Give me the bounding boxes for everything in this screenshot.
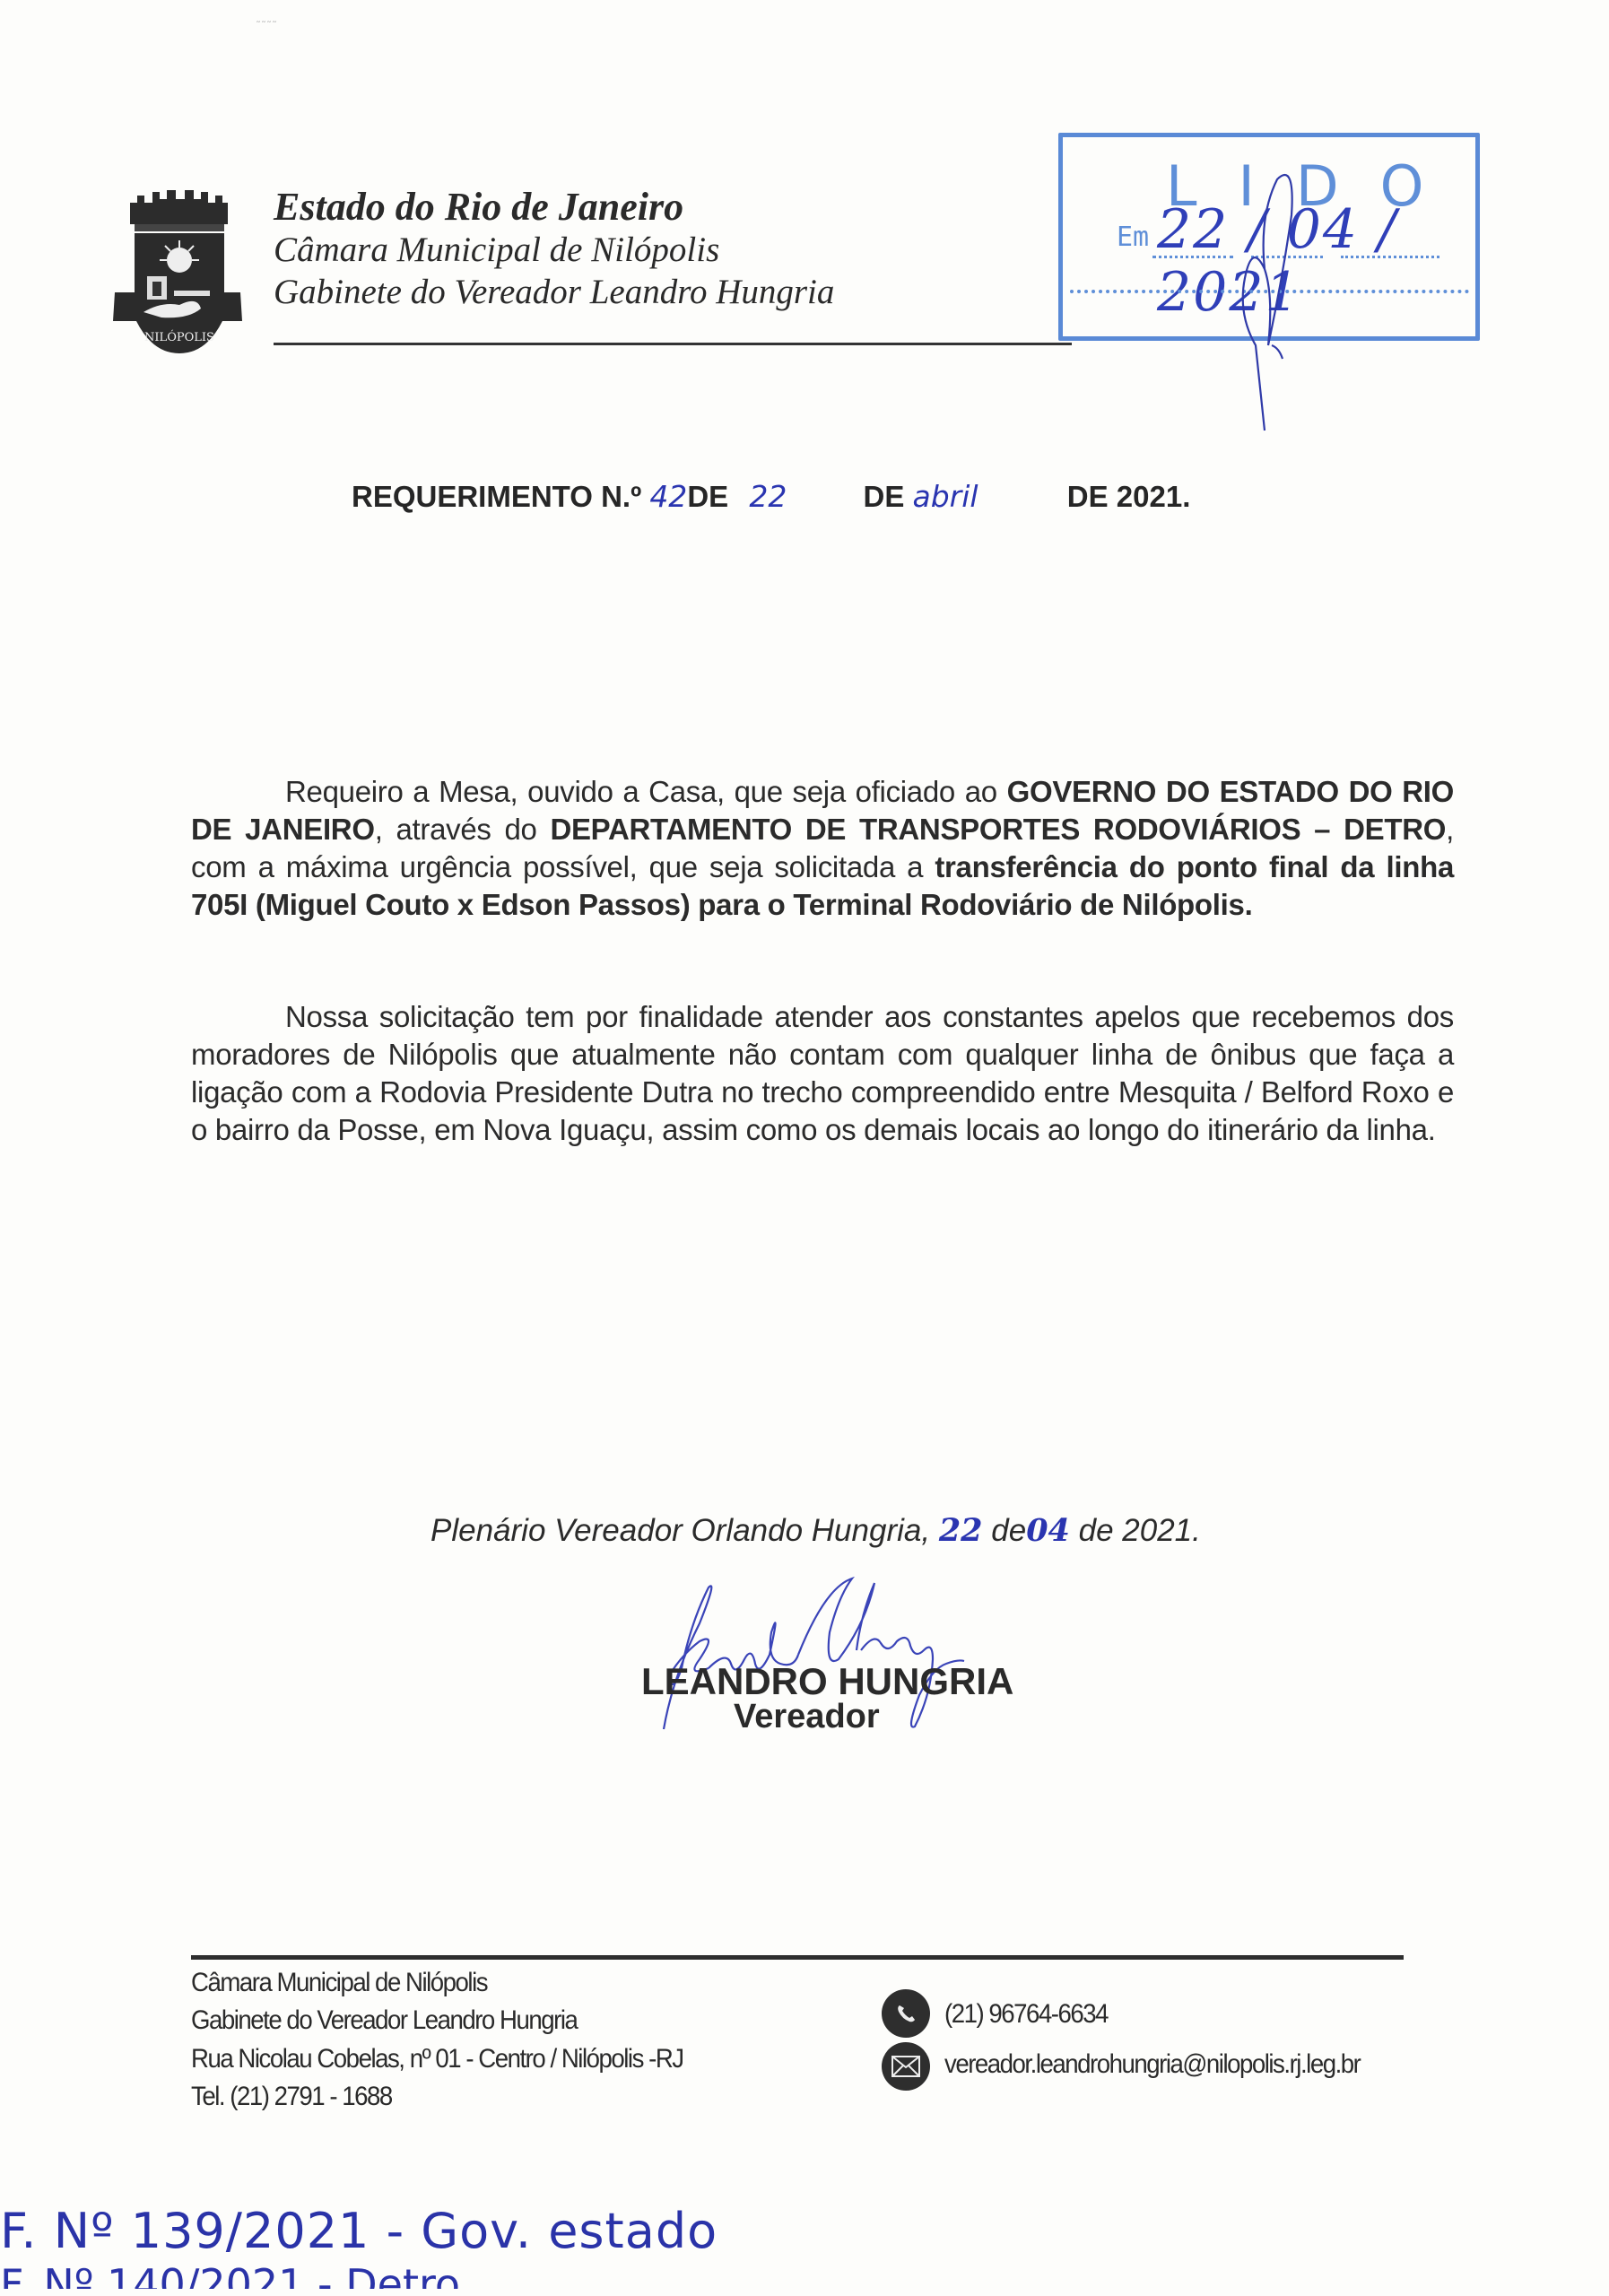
requirement-day: 22: [749, 479, 787, 514]
footer-phone: (21) 96764-6634: [944, 1999, 1108, 2030]
header-subtitle-office: Gabinete do Vereador Leandro Hungria: [274, 272, 834, 313]
coat-of-arms-icon: NILÓPOLIS: [108, 187, 247, 355]
envelope-icon: [882, 2042, 930, 2091]
requirement-month: abril: [913, 479, 978, 514]
bold-run: DEPARTAMENTO DE TRANSPORTES RODOVIÁRIOS …: [550, 813, 1446, 846]
footer-email[interactable]: vereador.leandrohungria@nilopolis.rj.leg…: [944, 2049, 1360, 2080]
justification-text: Nossa solicitação tem por finalidade ate…: [191, 998, 1454, 1149]
body-paragraph-1: Requeiro a Mesa, ouvido a Casa, que seja…: [191, 773, 1454, 924]
header-divider: [274, 343, 1072, 345]
signatory-name: LEANDRO HUNGRIA: [641, 1660, 1013, 1703]
whatsapp-icon: [882, 1989, 930, 2038]
closing-year: de 2021.: [1070, 1513, 1201, 1548]
header-subtitle-chamber: Câmara Municipal de Nilópolis: [274, 230, 719, 271]
requirement-de-1: DE: [687, 480, 728, 513]
handwritten-office-note-2: F. Nº 140/2021 - Detro: [0, 2260, 460, 2289]
closing-de: de: [983, 1513, 1027, 1548]
requirement-year: DE 2021.: [1067, 480, 1191, 513]
closing-place-date: Plenário Vereador Orlando Hungria, 22 de…: [431, 1512, 1201, 1549]
header-title: Estado do Rio de Janeiro: [274, 185, 683, 230]
requirement-number: 42: [649, 479, 687, 514]
closing-place: Plenário Vereador Orlando Hungria,: [431, 1513, 939, 1548]
requirement-prefix: REQUERIMENTO N.º: [352, 480, 641, 513]
footer-divider: [191, 1955, 1404, 1960]
requirement-de-2: DE: [864, 480, 905, 513]
footer-chamber: Câmara Municipal de Nilópolis: [191, 1968, 487, 1998]
footer-telephone: Tel. (21) 2791 - 1688: [191, 2082, 392, 2112]
text-run: , através do: [375, 813, 551, 846]
footer-office: Gabinete do Vereador Leandro Hungria: [191, 2005, 577, 2036]
body-paragraph-2: Nossa solicitação tem por finalidade ate…: [191, 998, 1454, 1149]
requirement-title: REQUERIMENTO N.º 42DE 22 DE abril DE 202…: [352, 479, 1190, 514]
footer-address: Rua Nicolau Cobelas, nº 01 - Centro / Ni…: [191, 2044, 683, 2074]
stamp-date: 22 / 04 / 2021: [1157, 198, 1475, 324]
svg-text:NILÓPOLIS: NILÓPOLIS: [144, 329, 214, 344]
signatory-role: Vereador: [734, 1698, 880, 1736]
text-run: Requeiro a Mesa, ouvido a Casa, que seja…: [285, 775, 1007, 808]
scan-artifact: ˜˜˜˜: [256, 20, 277, 32]
rubric-initial-icon: [1229, 143, 1309, 448]
stamp-em-label: Em: [1117, 222, 1149, 253]
request-text: Requeiro a Mesa, ouvido a Casa, que seja…: [191, 773, 1454, 924]
handwritten-office-note-1: F. Nº 139/2021 - Gov. estado: [0, 2203, 718, 2259]
closing-day: 22: [939, 1512, 983, 1549]
closing-month: 04: [1026, 1512, 1070, 1549]
